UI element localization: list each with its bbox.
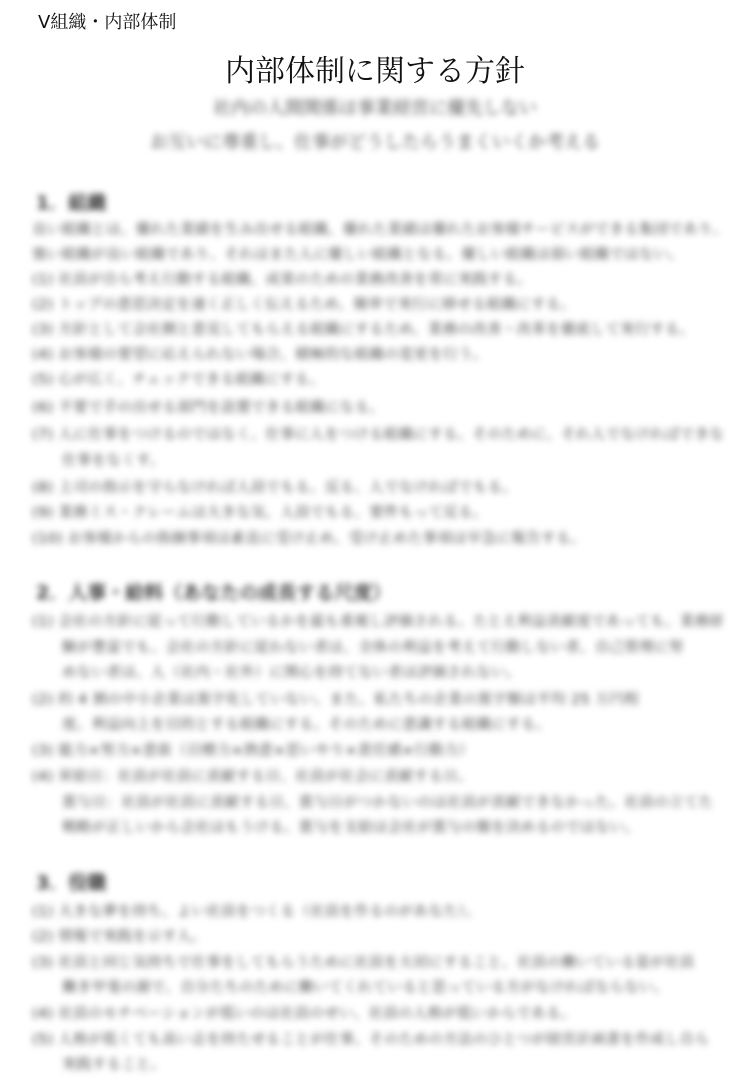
list-item: (2) 約 4 割の中小企業は黒字化していない。また、私たちの企業の黒字額は平均… — [32, 688, 722, 709]
list-item: 働き甲斐の源で、自分たちのために働いてくれていると思っている方がなければならない… — [62, 976, 722, 997]
list-item: (1) 会社の方針に従って行動しているかを最も重視し評価される。たとえ利益貢献度… — [32, 610, 722, 631]
list-item: (1) 大きな夢を持ち、よい社員をつくる（社員を作るのがあなた）。 — [32, 900, 722, 921]
subtitle-line-2: お互いに尊重し、仕事がどうしたらうまくいくか考える — [0, 128, 750, 154]
chapter-label: V組織・内部体制 — [38, 8, 176, 34]
list-item: 仕事をなくす。 — [62, 449, 722, 470]
list-item: (9) 業務ミス・クレームは大きな気、人員でもる、要件もって反る。 — [32, 501, 722, 522]
list-item: (8) 上司の指示を守らなければ人員でもる。反る、人でなければでもる。 — [32, 476, 722, 497]
list-item: (4) お客様の要望に応えられない場合、積極的な組織の変更を行う。 — [32, 343, 722, 364]
list-item: 良い組織とは、優れた業績を生み出せる組織、優れた業績は優れたお客様サービスができ… — [32, 218, 722, 239]
list-item: (3) 社員と同じ気持ちで仕事をしてもらうために社員を大切にすること、社員の働い… — [32, 951, 722, 972]
list-item: (4) 社員のモチベーションが低いのは社員のせい、社員の人格が低いからである。 — [32, 1002, 722, 1023]
list-item: (4) 昇給日：社員が社員に貢献する日、社員が社会に貢献する日。 — [32, 765, 722, 786]
list-item: (10) お客様からの指摘事項は素直に受け止め、受け止めた事項は早急に報告する。 — [32, 527, 722, 548]
list-item: 強い組織が良い組織であり、それはまた人に優しい組織となる。優しい組織は弱い組織で… — [32, 243, 722, 264]
list-item: (2) トップの意思決定を速く正しく伝えるため、簡単で実行に移せる組織にする。 — [32, 293, 722, 314]
list-item: (2) 情報で実践を示す人。 — [32, 925, 722, 946]
list-item: めない者は、人（社内・社外）に関心を持てない者は評価されない。 — [62, 661, 722, 682]
list-item: (3) 能力×努力×意欲（目標力×熱意×思いやり×責任感×行動力） — [32, 739, 722, 760]
list-item: 賞与日：社員が社員に貢献する日、賞与日がつかないのは社員が貢献できなかった。社員… — [62, 791, 722, 812]
list-item: (5) 人格が低くても高い志を持たせることが仕事。そのための方法のひとつが経営計… — [32, 1028, 722, 1049]
list-item: (1) 社員が自ら考え行動する組織、成果のための業務改善を常に実践する。 — [32, 268, 722, 289]
list-item: (3) 方針として会社側と意見してもらえる組織にするため、業務の改善・改革を徹底… — [32, 318, 722, 339]
list-item: 験が豊富でも、会社の方針に従わない者は、全体の利益を考えて行動しない者、自己管理… — [62, 636, 722, 657]
list-item: 戦略が正しいから会社はもうける。賞与を支給は会社が賞与の額を決めるのではない。 — [62, 816, 722, 837]
subtitle-line-1: 社内の人間関係は事業経営に優先しない — [0, 94, 750, 120]
list-item: 実践すること。 — [62, 1053, 722, 1074]
section-heading-positions: 3．役職 — [36, 868, 106, 895]
section-heading-organization: 1．組織 — [36, 188, 106, 215]
page-title: 内部体制に関する方針 — [0, 46, 750, 90]
list-item: (7) 人に仕事をつけるのではなく、仕事に人をつける組織にする。そのために、それ… — [32, 423, 722, 444]
list-item: (6) 不要で手の出せる部門を設置できる組織になる。 — [32, 396, 722, 417]
list-item: 度。利益向上を目的とする組織にする。そのために意識する組織にする。 — [62, 713, 722, 734]
section-heading-personnel: 2．人事・給料（あなたの成長する尺度） — [36, 578, 391, 605]
list-item: (5) 心が広く、チェックできる組織にする。 — [32, 368, 722, 389]
